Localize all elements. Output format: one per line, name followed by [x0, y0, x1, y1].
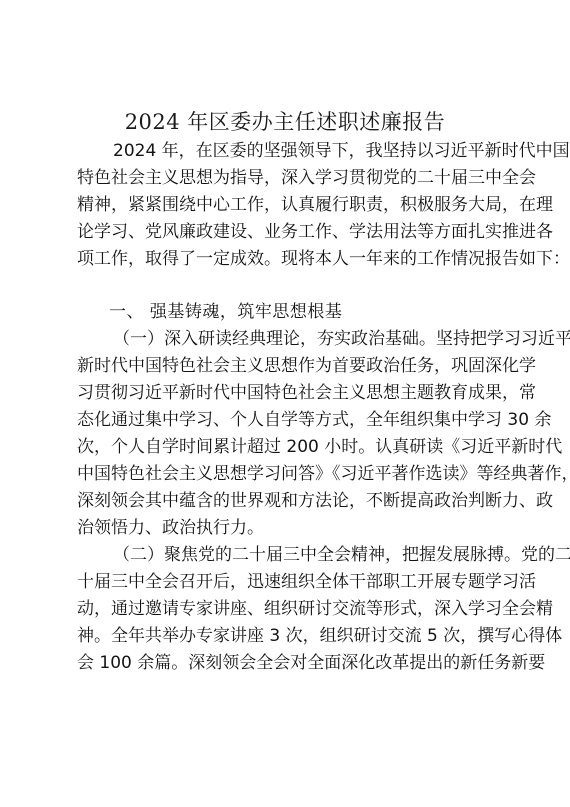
intro-line: 特色社会主义思想为指导，深入学习贯彻党的二十届三中全会 [77, 165, 499, 192]
paragraph-line: 神。全年共举办专家讲座 3 次，组织研讨交流 5 次，撰写心得体 [77, 623, 499, 650]
paragraph-line: 中国特色社会主义思想学习问答》《习近平著作选读》等经典著作， [77, 461, 499, 488]
intro-line: 论学习、党风廉政建设、业务工作、学法用法等方面扎实推进各 [77, 219, 499, 246]
paragraph-line: 态化通过集中学习、个人自学等方式，全年组织集中学习 30 余 [77, 407, 499, 434]
paragraph-line: （一）深入研读经典理论，夯实政治基础。坚持把学习习近平 [113, 326, 499, 353]
intro-line: 精神，紧紧围绕中心工作，认真履行职责，积极服务大局，在理 [77, 192, 499, 219]
paragraph-line: 习贯彻习近平新时代中国特色社会主义思想主题教育成果，常 [77, 380, 499, 407]
document-page: 2024 年区委办主任述职述廉报告 2024 年，在区委的坚强领导下，我坚持以习… [0, 0, 570, 807]
intro-line: 2024 年，在区委的坚强领导下，我坚持以习近平新时代中国 [113, 138, 499, 165]
paragraph-line: 会 100 余篇。深刻领会全会对全面深化改革提出的新任务新要 [77, 650, 499, 677]
paragraph-line: 动，通过邀请专家讲座、组织研讨交流等形式，深入学习全会精 [77, 596, 499, 623]
paragraph-line: （二）聚焦党的二十届三中全会精神，把握发展脉搏。党的二 [113, 542, 499, 569]
paragraph-line: 治领悟力、政治执行力。 [77, 515, 499, 542]
paragraph-line: 十届三中全会召开后，迅速组织全体干部职工开展专题学习活 [77, 569, 499, 596]
intro-line: 项工作，取得了一定成效。现将本人一年来的工作情况报告如下： [77, 246, 499, 273]
section-heading: 一、 强基铸魂，筑牢思想根基 [109, 299, 342, 326]
document-title: 2024 年区委办主任述职述廉报告 [0, 108, 570, 136]
paragraph-line: 深刻领会其中蕴含的世界观和方法论，不断提高政治判断力、政 [77, 488, 499, 515]
paragraph-line: 新时代中国特色社会主义思想作为首要政治任务，巩固深化学 [77, 353, 499, 380]
paragraph-line: 次，个人自学时间累计超过 200 小时。认真研读《习近平新时代 [77, 434, 499, 461]
